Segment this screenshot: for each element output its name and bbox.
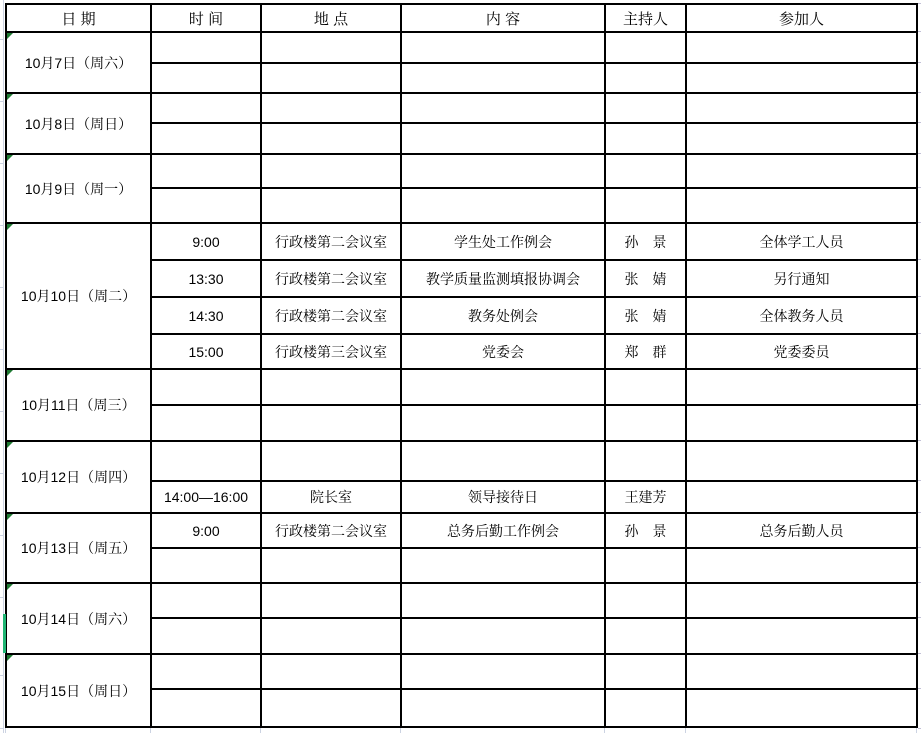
- place-cell[interactable]: [261, 441, 401, 481]
- error-indicator-triangle-icon: [7, 584, 13, 590]
- sheet-row-tick: [0, 225, 4, 226]
- date-cell[interactable]: 10月13日（周五）: [6, 513, 151, 583]
- host-cell[interactable]: [605, 154, 686, 188]
- participants-cell[interactable]: 党委委员: [686, 334, 917, 369]
- content-cell[interactable]: 党委会: [401, 334, 605, 369]
- error-indicator-triangle-icon: [7, 655, 13, 661]
- table-row: 10月10日（周二）9:00行政楼第二会议室学生处工作例会孙 景全体学工人员: [6, 223, 917, 260]
- participants-cell[interactable]: [686, 548, 917, 583]
- sheet-row-tick: [0, 101, 4, 102]
- content-cell[interactable]: [401, 583, 605, 618]
- participants-cell[interactable]: [686, 654, 917, 689]
- participants-cell[interactable]: 总务后勤人员: [686, 513, 917, 548]
- host-cell[interactable]: [605, 618, 686, 654]
- time-cell[interactable]: [151, 583, 261, 618]
- sheet-column-gridline-stub: [685, 728, 686, 733]
- date-label: 10月12日（周四）: [21, 469, 136, 485]
- date-label: 10月8日（周日）: [25, 116, 132, 132]
- error-indicator-triangle-icon: [7, 33, 13, 39]
- participants-cell[interactable]: [686, 93, 917, 123]
- participants-cell[interactable]: [686, 689, 917, 727]
- sheet-row-tick: [0, 163, 4, 164]
- place-cell[interactable]: [261, 689, 401, 727]
- sheet-row-tick: [0, 535, 4, 536]
- content-cell[interactable]: 教务处例会: [401, 297, 605, 334]
- schedule-table: 日 期时 间地 点内 容主持人参加人 10月7日（周六）10月8日（周日）10月…: [5, 3, 918, 728]
- content-cell[interactable]: [401, 618, 605, 654]
- participants-cell[interactable]: [686, 481, 917, 513]
- time-cell[interactable]: [151, 154, 261, 188]
- content-cell[interactable]: [401, 188, 605, 223]
- error-indicator-triangle-icon: [7, 442, 13, 448]
- error-indicator-triangle-icon: [7, 224, 13, 230]
- table-row: 10月13日（周五）9:00行政楼第二会议室总务后勤工作例会孙 景总务后勤人员: [6, 513, 917, 548]
- sheet-column-gridline-stub: [604, 728, 605, 733]
- time-cell[interactable]: [151, 32, 261, 63]
- host-cell[interactable]: [605, 32, 686, 63]
- place-cell[interactable]: [261, 188, 401, 223]
- host-cell[interactable]: 张 婧: [605, 260, 686, 297]
- date-label: 10月13日（周五）: [21, 540, 136, 556]
- place-cell[interactable]: [261, 654, 401, 689]
- date-cell[interactable]: 10月14日（周六）: [6, 583, 151, 654]
- content-cell[interactable]: [401, 548, 605, 583]
- time-cell[interactable]: 9:00: [151, 513, 261, 548]
- left-edge-green-marker: [3, 614, 6, 653]
- content-cell[interactable]: [401, 63, 605, 93]
- column-header[interactable]: 内 容: [401, 4, 605, 32]
- time-cell[interactable]: [151, 188, 261, 223]
- place-cell[interactable]: 行政楼第二会议室: [261, 513, 401, 548]
- time-cell[interactable]: [151, 63, 261, 93]
- date-label: 10月7日（周六）: [25, 55, 132, 71]
- content-cell[interactable]: [401, 32, 605, 63]
- place-cell[interactable]: [261, 583, 401, 618]
- sheet-column-gridline-stub: [916, 728, 917, 733]
- participants-cell[interactable]: [686, 123, 917, 154]
- content-cell[interactable]: 总务后勤工作例会: [401, 513, 605, 548]
- content-cell[interactable]: [401, 154, 605, 188]
- participants-cell[interactable]: [686, 63, 917, 93]
- error-indicator-triangle-icon: [7, 370, 13, 376]
- host-cell[interactable]: 张 婧: [605, 297, 686, 334]
- sheet-row-tick: [0, 728, 4, 729]
- column-header[interactable]: 参加人: [686, 4, 917, 32]
- time-cell[interactable]: 14:30: [151, 297, 261, 334]
- table-row: 10月12日（周四）: [6, 441, 917, 481]
- place-cell[interactable]: [261, 369, 401, 405]
- time-cell[interactable]: [151, 548, 261, 583]
- sheet-column-gridline-stub: [260, 728, 261, 733]
- sheet-row-tick: [0, 411, 4, 412]
- table-row: 10月15日（周日）: [6, 654, 917, 689]
- date-cell[interactable]: 10月7日（周六）: [6, 32, 151, 93]
- participants-cell[interactable]: [686, 583, 917, 618]
- date-label: 10月9日（周一）: [25, 181, 132, 197]
- time-cell[interactable]: 14:00—16:00: [151, 481, 261, 513]
- host-cell[interactable]: [605, 583, 686, 618]
- date-label: 10月15日（周日）: [21, 683, 136, 699]
- date-label: 10月14日（周六）: [21, 611, 136, 627]
- sheet-row-tick: [0, 39, 4, 40]
- time-cell[interactable]: 9:00: [151, 223, 261, 260]
- sheet-row-tick: [0, 287, 4, 288]
- host-cell[interactable]: [605, 689, 686, 727]
- participants-cell[interactable]: [686, 32, 917, 63]
- time-cell[interactable]: 15:00: [151, 334, 261, 369]
- sheet-column-gridline-stub: [5, 728, 6, 733]
- table-row: 10月14日（周六）: [6, 583, 917, 618]
- time-cell[interactable]: [151, 369, 261, 405]
- place-cell[interactable]: 行政楼第二会议室: [261, 260, 401, 297]
- participants-cell[interactable]: [686, 154, 917, 188]
- error-indicator-triangle-icon: [7, 94, 13, 100]
- time-cell[interactable]: [151, 405, 261, 441]
- place-cell[interactable]: 行政楼第二会议室: [261, 297, 401, 334]
- place-cell[interactable]: [261, 63, 401, 93]
- place-cell[interactable]: [261, 405, 401, 441]
- place-cell[interactable]: [261, 154, 401, 188]
- place-cell[interactable]: [261, 32, 401, 63]
- table-row: 10月11日（周三）: [6, 369, 917, 405]
- content-cell[interactable]: [401, 654, 605, 689]
- host-cell[interactable]: [605, 548, 686, 583]
- participants-cell[interactable]: 全体教务人员: [686, 297, 917, 334]
- host-cell[interactable]: 孙 景: [605, 513, 686, 548]
- place-cell[interactable]: 行政楼第二会议室: [261, 223, 401, 260]
- time-cell[interactable]: [151, 618, 261, 654]
- column-header[interactable]: 主持人: [605, 4, 686, 32]
- sheet-row-tick: [0, 675, 4, 676]
- participants-cell[interactable]: [686, 618, 917, 654]
- time-cell[interactable]: [151, 654, 261, 689]
- column-header[interactable]: 时 间: [151, 4, 261, 32]
- place-cell[interactable]: [261, 123, 401, 154]
- host-cell[interactable]: [605, 441, 686, 481]
- date-cell[interactable]: 10月10日（周二）: [6, 223, 151, 369]
- table-row: 10月8日（周日）: [6, 93, 917, 123]
- table-row: 10月7日（周六）: [6, 32, 917, 63]
- place-cell[interactable]: [261, 548, 401, 583]
- place-cell[interactable]: [261, 618, 401, 654]
- host-cell[interactable]: 孙 景: [605, 223, 686, 260]
- time-cell[interactable]: [151, 123, 261, 154]
- host-cell[interactable]: [605, 654, 686, 689]
- time-cell[interactable]: [151, 441, 261, 481]
- participants-cell[interactable]: [686, 441, 917, 481]
- participants-cell[interactable]: [686, 405, 917, 441]
- table-row: 10月9日（周一）: [6, 154, 917, 188]
- content-cell[interactable]: 学生处工作例会: [401, 223, 605, 260]
- content-cell[interactable]: [401, 441, 605, 481]
- content-cell[interactable]: 教学质量监测填报协调会: [401, 260, 605, 297]
- participants-cell[interactable]: 另行通知: [686, 260, 917, 297]
- content-cell[interactable]: [401, 123, 605, 154]
- host-cell[interactable]: 王建芳: [605, 481, 686, 513]
- place-cell[interactable]: [261, 93, 401, 123]
- participants-cell[interactable]: 全体学工人员: [686, 223, 917, 260]
- date-cell[interactable]: 10月12日（周四）: [6, 441, 151, 513]
- host-cell[interactable]: [605, 93, 686, 123]
- error-indicator-triangle-icon: [7, 155, 13, 161]
- sheet-row-tick: [0, 349, 4, 350]
- spreadsheet-viewport: 日 期时 间地 点内 容主持人参加人 10月7日（周六）10月8日（周日）10月…: [0, 0, 921, 733]
- content-cell[interactable]: 领导接待日: [401, 481, 605, 513]
- participants-cell[interactable]: [686, 188, 917, 223]
- sheet-row-tick: [0, 597, 4, 598]
- content-cell[interactable]: [401, 405, 605, 441]
- error-indicator-triangle-icon: [7, 514, 13, 520]
- sheet-row-tick: [0, 473, 4, 474]
- date-cell[interactable]: 10月11日（周三）: [6, 369, 151, 441]
- time-cell[interactable]: 13:30: [151, 260, 261, 297]
- place-cell[interactable]: 行政楼第三会议室: [261, 334, 401, 369]
- host-cell[interactable]: [605, 123, 686, 154]
- date-cell[interactable]: 10月15日（周日）: [6, 654, 151, 727]
- content-cell[interactable]: [401, 93, 605, 123]
- sheet-column-gridline-stub: [150, 728, 151, 733]
- host-cell[interactable]: [605, 63, 686, 93]
- host-cell[interactable]: [605, 405, 686, 441]
- time-cell[interactable]: [151, 93, 261, 123]
- host-cell[interactable]: 郑 群: [605, 334, 686, 369]
- column-header[interactable]: 日 期: [6, 4, 151, 32]
- content-cell[interactable]: [401, 369, 605, 405]
- date-cell[interactable]: 10月9日（周一）: [6, 154, 151, 223]
- place-cell[interactable]: 院长室: [261, 481, 401, 513]
- date-label: 10月11日（周三）: [21, 397, 135, 413]
- host-cell[interactable]: [605, 369, 686, 405]
- date-label: 10月10日（周二）: [21, 288, 136, 304]
- participants-cell[interactable]: [686, 369, 917, 405]
- host-cell[interactable]: [605, 188, 686, 223]
- content-cell[interactable]: [401, 689, 605, 727]
- sheet-column-gridline-stub: [400, 728, 401, 733]
- date-cell[interactable]: 10月8日（周日）: [6, 93, 151, 154]
- time-cell[interactable]: [151, 689, 261, 727]
- column-header[interactable]: 地 点: [261, 4, 401, 32]
